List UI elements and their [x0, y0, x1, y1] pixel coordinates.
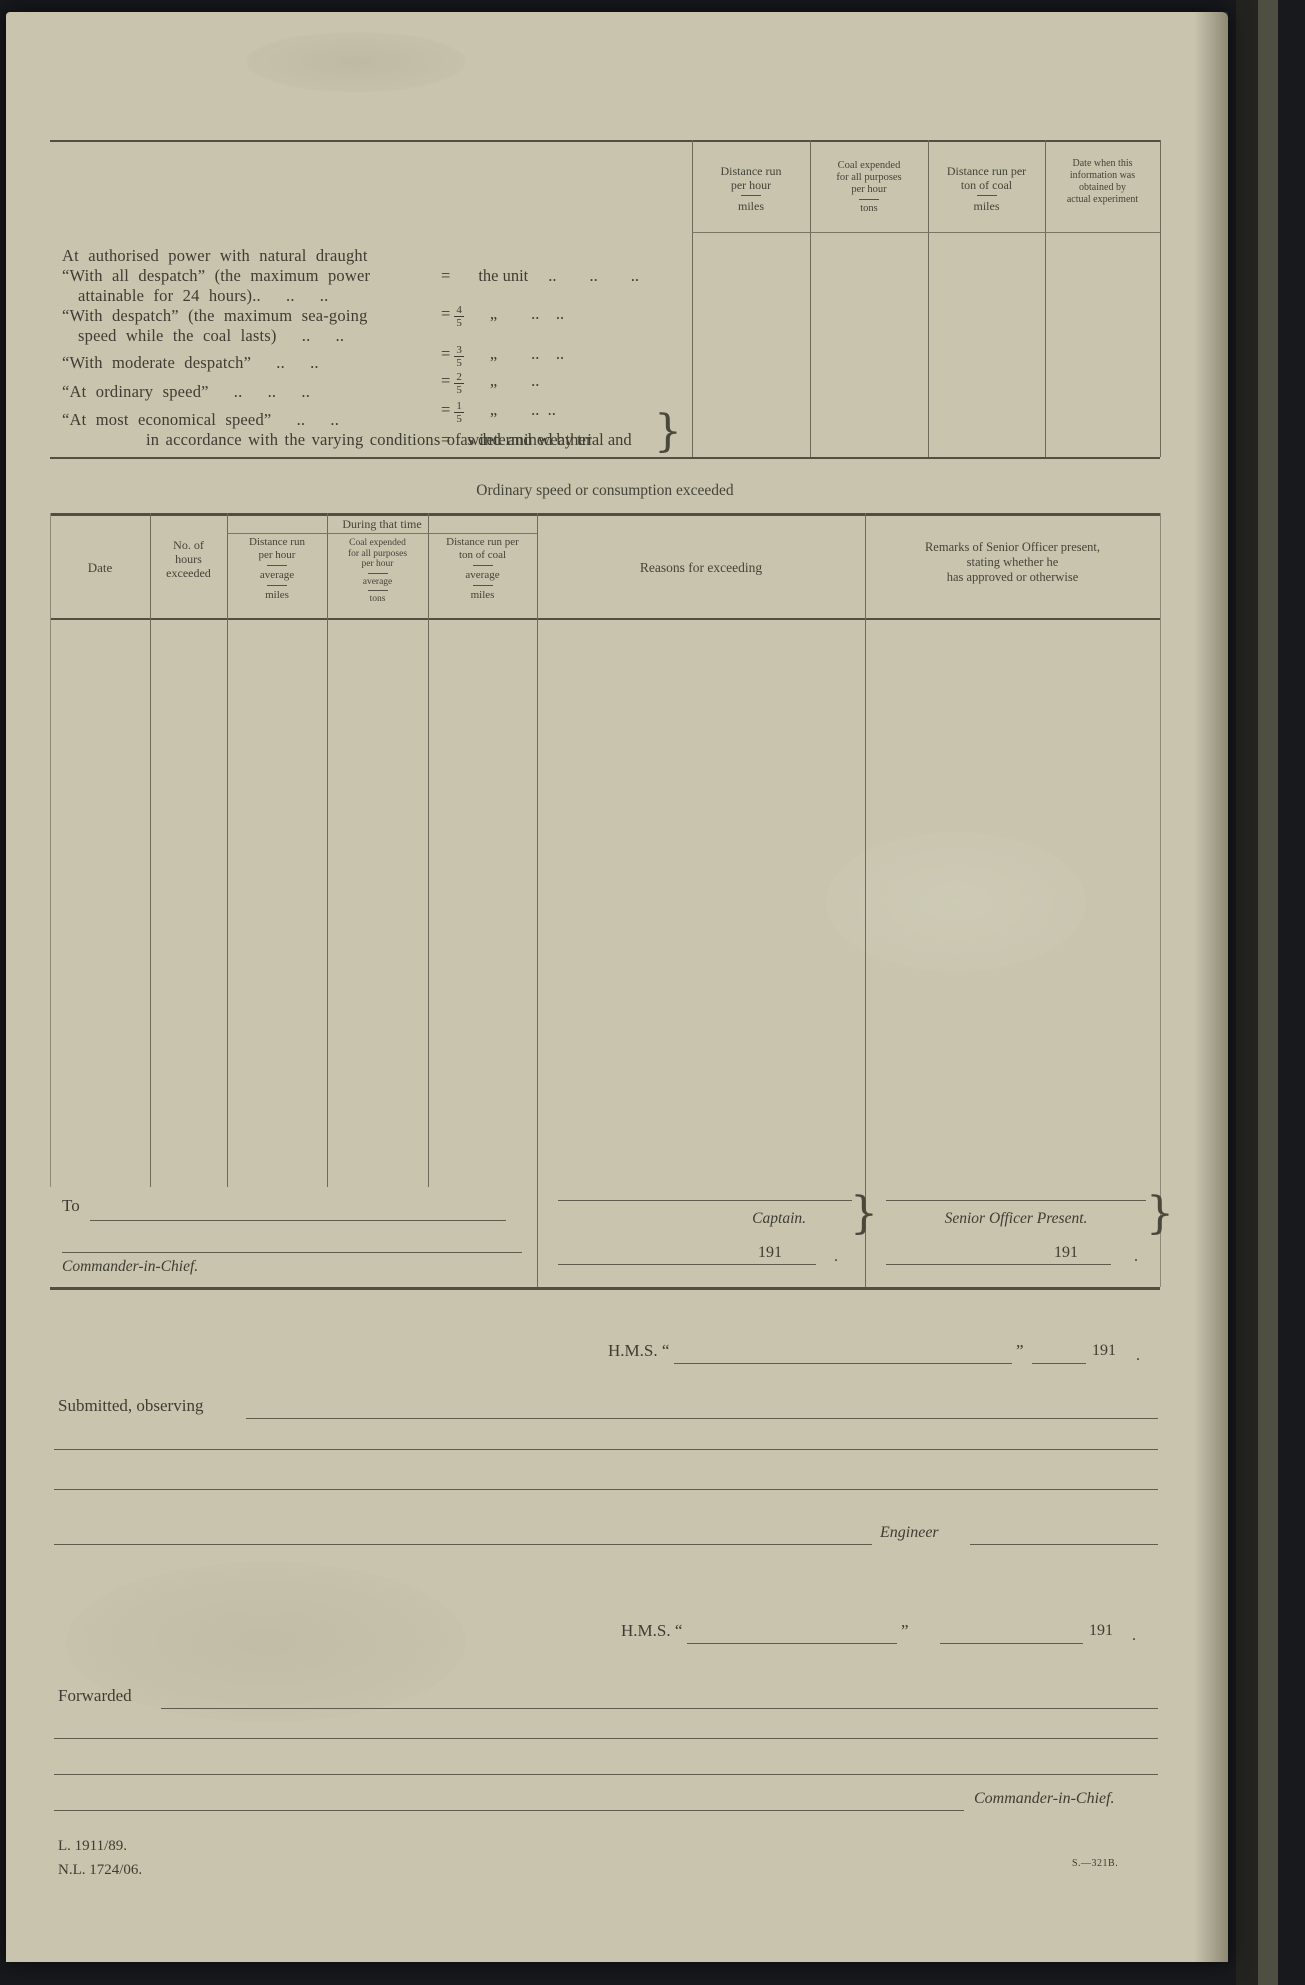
group-header-underline [227, 533, 537, 534]
engineer-fill-line-left [54, 1544, 872, 1545]
row-label-line1: “With all despatch” (the maximum power [62, 266, 370, 286]
captain-year: 191 [758, 1244, 782, 1262]
column-title: Distance run per ton of coal [928, 164, 1045, 192]
column-divider-reasons [537, 513, 538, 1287]
row-label-line2: attainable for 24 hours).. .. .. [78, 286, 328, 306]
hms-year: 191 [1092, 1342, 1116, 1360]
to-label: To [62, 1196, 80, 1216]
hms-year-dot: . [1132, 1627, 1136, 1645]
captain-brace: } [850, 1188, 878, 1239]
column-mid-label: average [327, 577, 428, 588]
reference-number-1: L. 1911/89. [58, 1838, 127, 1855]
captain-label: Captain. [646, 1210, 806, 1228]
column-title: Coal expended for all purposes per hour [810, 160, 928, 196]
column-title: Distance run per hour [227, 536, 327, 562]
senior-year-dot: . [1134, 1248, 1138, 1266]
hms-date-line [1032, 1363, 1086, 1364]
blank-fill-line [54, 1774, 1158, 1775]
row-label-line1: “At most economical speed” .. .. [62, 410, 339, 430]
ditto-mark: „ [490, 304, 497, 323]
row-label-line2: in accordance with the varying condition… [146, 430, 592, 450]
column-divider [227, 513, 228, 1187]
fraction-numerator: 4 [454, 305, 464, 317]
column-unit: miles [692, 199, 810, 213]
column-mid-label: average [227, 569, 327, 582]
separator-dash [267, 585, 287, 586]
header-bottom-rule [50, 618, 1160, 620]
column-header-coal-avg: Coal expended for all purposes per hour … [327, 538, 428, 605]
column-unit: miles [428, 589, 537, 602]
hms-close-quote: ” [901, 1621, 909, 1641]
separator-dash [977, 195, 997, 196]
separator-dash [741, 195, 761, 196]
separator-dash [473, 585, 493, 586]
commander-in-chief-label: Commander-in-Chief. [974, 1790, 1115, 1808]
leader-dots: .. .. .. [548, 266, 639, 285]
leader-dots: .. .. [531, 304, 564, 323]
row-label-line1: “With despatch” (the maximum sea-going [62, 306, 368, 326]
hms-label: H.M.S. “ [608, 1341, 669, 1361]
hms-name-line [687, 1643, 897, 1644]
column-divider-remarks [865, 513, 866, 1287]
paper-stain [246, 32, 466, 92]
row-label: “At ordinary speed” .. .. .. [62, 382, 310, 402]
page-edge-strip [1258, 0, 1278, 1985]
hms-name-line [674, 1363, 1012, 1364]
column-header-distance-per-hour-avg: Distance run per hour average miles [227, 536, 327, 602]
paper-curl-shadow [1194, 12, 1228, 1962]
engineer-label: Engineer [880, 1524, 939, 1542]
separator-dash [859, 199, 879, 200]
hms-date-line [940, 1643, 1083, 1644]
column-title: Coal expended for all purposes per hour [327, 538, 428, 570]
column-header-remarks: Remarks of Senior Officer present, stati… [865, 540, 1160, 585]
column-mid-label: average [428, 569, 537, 582]
grouping-brace: } [654, 406, 682, 457]
forwarded-fill-line [161, 1708, 1158, 1709]
row-label: “With moderate despatch” .. .. [62, 353, 319, 373]
table-left-edge [50, 513, 51, 1187]
form-number: S.—321B. [1072, 1858, 1118, 1869]
column-header-coal-expended: Coal expended for all purposes per hour … [810, 160, 928, 215]
senior-officer-label: Senior Officer Present. [891, 1210, 1141, 1228]
hms-year-dot: . [1136, 1347, 1140, 1365]
table-rule-bottom [50, 1287, 1160, 1290]
column-unit: tons [327, 594, 428, 605]
submitted-label: Submitted, observing [58, 1396, 203, 1416]
blank-fill-line [54, 1449, 1158, 1450]
hms-close-quote: ” [1016, 1341, 1024, 1361]
column-header-date-experiment: Date when this information was obtained … [1045, 158, 1160, 206]
senior-brace: } [1146, 1188, 1174, 1239]
row-value: the unit [478, 266, 528, 285]
captain-date-line [558, 1264, 816, 1265]
column-header-date: Date [50, 560, 150, 576]
table-right-edge [1160, 140, 1161, 457]
separator-dash [368, 590, 388, 591]
table-right-edge [1160, 513, 1161, 1287]
submitted-fill-line [246, 1418, 1158, 1419]
blank-fill-line [54, 1489, 1158, 1490]
exceed-table-title: Ordinary speed or consumption exceeded [50, 482, 1160, 500]
senior-signature-line [886, 1200, 1146, 1201]
hms-label: H.M.S. “ [621, 1621, 682, 1641]
table-rule-top [50, 513, 1160, 516]
column-title: Date [50, 560, 150, 576]
captain-year-dot: . [834, 1248, 838, 1266]
separator-dash [473, 565, 493, 566]
column-title: Distance run per ton of coal [428, 536, 537, 562]
equals-sign: = [441, 266, 450, 285]
commander-fill-line [54, 1810, 964, 1811]
page-edge-shadow [1236, 0, 1258, 1985]
commander-in-chief-label: Commander-in-Chief. [62, 1258, 198, 1276]
hms-year: 191 [1089, 1622, 1113, 1640]
group-header-during-that-time: During that time [227, 517, 537, 532]
column-header-distance-per-ton: Distance run per ton of coal miles [928, 164, 1045, 213]
to-fill-line [90, 1220, 506, 1221]
scanned-page-background: { "page": { "bg": "#17191d", "paper": "#… [0, 0, 1305, 1985]
forwarded-label: Forwarded [58, 1686, 132, 1706]
to-fill-line2 [62, 1252, 522, 1253]
column-divider [327, 513, 328, 1187]
row-label-line2: speed while the coal lasts) .. .. [78, 326, 344, 346]
table-rule-top [50, 140, 1160, 142]
captain-signature-line [558, 1200, 852, 1201]
column-unit: tons [810, 203, 928, 215]
senior-year: 191 [1054, 1244, 1078, 1262]
reference-number-2: N.L. 1724/06. [58, 1862, 142, 1879]
column-title: Date when this information was obtained … [1045, 158, 1160, 206]
column-title: Reasons for exceeding [537, 560, 865, 576]
column-header-distance-per-ton-avg: Distance run per ton of coal average mil… [428, 536, 537, 602]
column-divider [428, 513, 429, 1187]
column-unit: miles [227, 589, 327, 602]
engineer-fill-line-right [970, 1544, 1158, 1545]
header-bottom-rule [692, 232, 1160, 233]
column-title: Distance run per hour [692, 164, 810, 192]
scanned-form-paper: Distance run per hour miles Coal expende… [6, 12, 1228, 1962]
column-header-reasons: Reasons for exceeding [537, 560, 865, 576]
column-unit: miles [928, 199, 1045, 213]
separator-dash [267, 565, 287, 566]
separator-dash [368, 573, 388, 574]
blank-fill-line [54, 1738, 1158, 1739]
column-header-distance-per-hour: Distance run per hour miles [692, 164, 810, 213]
row-label: At authorised power with natural draught [62, 246, 368, 266]
column-header-hours-exceeded: No. of hours exceeded [150, 538, 227, 580]
equals-sign: = [441, 304, 450, 323]
senior-date-line [886, 1264, 1111, 1265]
column-divider [150, 513, 151, 1187]
